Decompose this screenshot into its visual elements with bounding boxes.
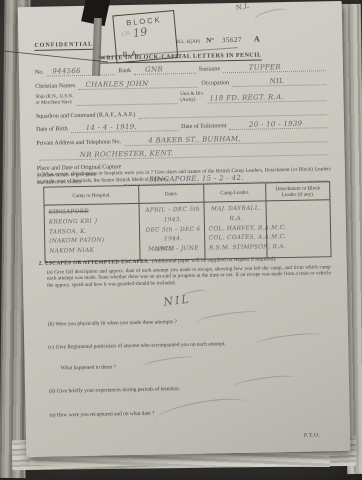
table-header-detachment: Detachment or Block Leader (if any).	[266, 182, 329, 201]
pencil-stroke	[233, 373, 296, 391]
surname-label: Surname	[199, 66, 220, 73]
camp-entry: NAKOM NIAK	[49, 246, 138, 257]
ref-no-label: N°	[206, 36, 214, 44]
enlistment-value: 20 - 10 - 1939	[249, 120, 303, 129]
pencil-stroke	[256, 331, 323, 348]
pencil-stroke	[181, 288, 208, 300]
leader-entry: MAJ. DAYRALL,	[208, 204, 264, 215]
no-value: 944566	[52, 67, 81, 76]
pencil-stroke	[195, 309, 260, 327]
dob-label: Date of Birth	[36, 126, 68, 134]
question-e: (e) How were you recaptured and on what …	[50, 411, 155, 419]
dob-field: 14 - 4 - 1919.	[71, 122, 179, 133]
squadron-label: Squadron and Command (R.A.F., A.A.F.)	[36, 111, 136, 120]
ref-number: 35627	[222, 36, 242, 44]
address-field-line2: NR ROCHESTER, KENT.	[39, 146, 327, 161]
row-ship-unit: Ship (R.N., U.S.N.or Merchant Navy Unit …	[35, 89, 329, 107]
occupation-label: Occupation	[201, 80, 229, 88]
address-field: 4 BAKER ST., BURHAM,	[124, 133, 328, 146]
table-col-detachment	[267, 200, 331, 257]
no-field: 944566	[47, 66, 116, 76]
row-address: Private Address and Telephone No. 4 BAKE…	[36, 133, 330, 148]
surname-value: TUPPER	[249, 63, 281, 72]
no-label: No.	[35, 70, 44, 77]
ref-series: A	[254, 35, 260, 44]
stamp-handwritten-number: 19	[132, 25, 148, 40]
table-note-below: (1945)	[154, 246, 174, 252]
table-col-camp: SINGAPORE KREONG KRI } TARSOA, K. (NAKOM…	[45, 204, 142, 262]
unit-div-label: Unit & Div.(Army)	[180, 92, 204, 104]
christian-names-value: CHARLES JOHN	[85, 79, 148, 88]
surname-field: TUPPER	[223, 62, 326, 73]
rank-label: Rank	[118, 68, 131, 75]
question-c2: What happened to them ?	[61, 364, 116, 371]
classification-label: CONFIDENTIAL	[34, 42, 93, 51]
table-header-dates: Dates.	[140, 185, 204, 204]
document-page: CONFIDENTIAL BLOCK 139 19 B.A. H.L. K(AP…	[18, 1, 351, 457]
address-value-line1: 4 BAKER ST., BURHAM,	[148, 134, 241, 144]
photo-background: CONFIDENTIAL BLOCK 139 19 B.A. H.L. K(AP…	[0, 0, 362, 480]
camps-table: Camp or Hospital. Dates. Camp Leader. De…	[43, 181, 331, 262]
leader-entry: R.S.M. STIMPSON, R.A.	[209, 244, 265, 255]
dates-entry: DEC 5th – DEC 6	[144, 225, 201, 236]
question-a: (a) Give full description and approx. da…	[47, 264, 331, 289]
ship-label: Ship (R.N., U.S.N.or Merchant Navy	[35, 94, 73, 107]
ref-prefix: H.L. K(AP)	[176, 40, 200, 45]
unit-div-value: 118 FD. REGT. R.A.	[209, 93, 284, 102]
enlistment-label: Date of Enlistment	[181, 123, 226, 131]
question-d: (d) Give briefly your experiences during…	[49, 386, 180, 395]
occupation-value: NIL	[270, 77, 285, 85]
occupation-field: NIL	[232, 76, 326, 87]
reference-line: H.L. K(AP)N°35627A	[176, 35, 260, 46]
handwritten-annotation: N.L	[235, 2, 250, 12]
rank-value: GNR	[145, 65, 163, 73]
pencil-stroke	[142, 354, 195, 370]
table-header-leader: Camp Leader.	[204, 183, 267, 202]
squadron-field	[138, 106, 327, 119]
row-no-rank-surname: No. 944566 Rank GNR Surname TUPPER	[35, 62, 329, 77]
address-value-line2: NR ROCHESTER, KENT.	[80, 149, 174, 159]
dob-value: 14 - 4 - 1919.	[86, 123, 137, 132]
unit-div-field: 118 FD. REGT. R.A.	[207, 92, 327, 103]
row-christian-occupation: Christian Names CHARLES JOHN Occupation …	[35, 76, 329, 91]
row-dob-enlistment: Date of Birth 14 - 4 - 1919. Date of Enl…	[36, 119, 330, 134]
table-col-leader: MAJ. DAYRALL, R.A. COL. HARVEY, R.A.M.C.…	[204, 201, 268, 258]
rank-field: GNR	[134, 65, 196, 75]
pto-label: P.T.O.	[304, 432, 321, 438]
pencil-stroke	[152, 393, 250, 431]
row-squadron: Squadron and Command (R.A.F., A.A.F.)	[36, 106, 330, 121]
table-header-camp: Camp or Hospital.	[44, 186, 140, 206]
row-address-line2: NR ROCHESTER, KENT.	[36, 146, 330, 161]
question-b: (b) Were you physically fit when you mad…	[48, 319, 177, 327]
enlistment-field: 20 - 10 - 1939	[229, 119, 327, 130]
dates-entry: APRIL – DEC 5th	[144, 206, 201, 217]
ship-field	[76, 95, 177, 106]
question-c: (c) Give Regimental particulars of anyon…	[48, 341, 226, 350]
stamp-faint-number: 139	[121, 31, 130, 38]
pencil-tick-mark	[253, 6, 289, 25]
christian-names-field: CHARLES JOHN	[78, 78, 198, 89]
christian-names-label: Christian Names	[35, 83, 75, 91]
address-label: Private Address and Telephone No.	[36, 139, 121, 148]
